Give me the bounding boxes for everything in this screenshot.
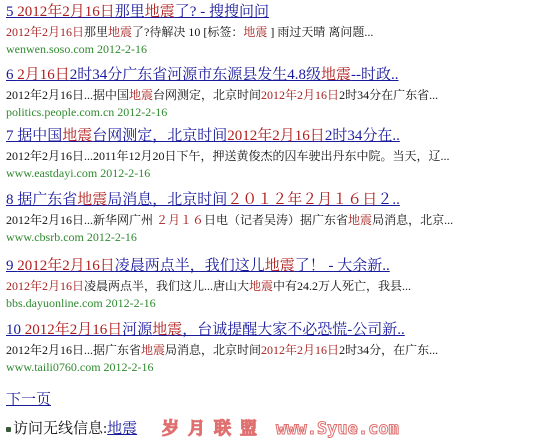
title-text: 9 bbox=[6, 258, 17, 274]
title-text: 凌晨两点半，我们这儿 bbox=[115, 258, 265, 274]
snippet-text: 凌晨两点半，我们这儿...唐山大 bbox=[84, 279, 249, 293]
snippet-text: 2时34分在广东省... bbox=[339, 88, 438, 102]
keyword-highlight: ２月１６ bbox=[156, 213, 204, 227]
keyword-highlight: 地震 bbox=[62, 128, 92, 144]
result-url: bbs.dayuonline.com 2012-2-16 bbox=[6, 295, 551, 311]
keyword-highlight: ２０１２年２月１６日 bbox=[227, 192, 377, 208]
keyword-highlight: 地震 bbox=[77, 192, 107, 208]
result-title-link[interactable]: 5 2012年2月16日那里地震了? - 搜搜问问 bbox=[6, 2, 551, 22]
snippet-text: 2012年2月16日...据广东省 bbox=[6, 343, 141, 357]
title-text: 5 bbox=[6, 4, 17, 20]
snippet-text: 2012年2月16日...新华网广州 bbox=[6, 213, 156, 227]
keyword-highlight: 地震 bbox=[145, 4, 175, 20]
result-snippet: 2012年2月16日那里地震了?待解决 10 [标签：地震 ] 雨过天晴 离问题… bbox=[6, 24, 551, 40]
result-item: 7 据中国地震台网测定，北京时间2012年2月16日2时34分在..2012年2… bbox=[6, 126, 551, 181]
result-item: 5 2012年2月16日那里地震了? - 搜搜问问2012年2月16日那里地震了… bbox=[6, 2, 551, 57]
title-text: 那里 bbox=[115, 4, 145, 20]
snippet-text: 2012年2月16日...据中国 bbox=[6, 88, 129, 102]
keyword-highlight: 2012年2月16日 bbox=[6, 279, 84, 293]
result-snippet: 2012年2月16日...据中国地震台网测定，北京时间2012年2月16日2时3… bbox=[6, 87, 551, 103]
snippet-text: 日电（记者吴涛）据广东省 bbox=[204, 213, 348, 227]
snippet-text: 局消息，北京... bbox=[372, 213, 453, 227]
watermark-site: www.Syue.com bbox=[276, 419, 399, 439]
watermark: 岁月联盟www.Syue.com bbox=[162, 414, 399, 439]
title-text: 台网测定，北京时间 bbox=[92, 128, 227, 144]
result-snippet: 2012年2月16日...据广东省地震局消息，北京时间2012年2月16日2时3… bbox=[6, 342, 551, 358]
result-url: wenwen.soso.com 2012-2-16 bbox=[6, 41, 551, 57]
title-text: 了? - 搜搜问问 bbox=[175, 4, 269, 20]
footer-line: 访问无线信息:地震 bbox=[6, 417, 137, 438]
result-item: 9 2012年2月16日凌晨两点半，我们这儿地震了！ - 大余新..2012年2… bbox=[6, 256, 551, 311]
result-url: politics.people.com.cn 2012-2-16 bbox=[6, 104, 551, 120]
title-text: --时政.. bbox=[351, 67, 399, 83]
result-url: www.eastdayi.com 2012-2-16 bbox=[6, 165, 551, 181]
keyword-highlight: 2012年2月16日 bbox=[17, 4, 115, 20]
snippet-text: 那里 bbox=[84, 25, 108, 39]
snippet-text: 中有24.2万人死亡，我县... bbox=[273, 279, 411, 293]
keyword-highlight: 2012年2月16日 bbox=[25, 322, 123, 338]
result-snippet: 2012年2月16日凌晨两点半，我们这儿...唐山大地震中有24.2万人死亡，我… bbox=[6, 278, 551, 294]
footer-keyword-link[interactable]: 地震 bbox=[107, 421, 137, 437]
keyword-highlight: 2012年2月16日 bbox=[261, 88, 339, 102]
title-text: 10 bbox=[6, 322, 25, 338]
snippet-text: 台网测定，北京时间 bbox=[153, 88, 261, 102]
snippet-text: ] 雨过天晴 离问题... bbox=[267, 25, 373, 39]
snippet-text: 了?待解决 10 [标签： bbox=[132, 25, 243, 39]
result-snippet: 2012年2月16日...新华网广州 ２月１６日电（记者吴涛）据广东省地震局消息… bbox=[6, 212, 551, 228]
keyword-highlight: 地震 bbox=[348, 213, 372, 227]
footer-prefix: 访问无线信息: bbox=[13, 421, 107, 437]
keyword-highlight: 地震 bbox=[108, 25, 132, 39]
keyword-highlight: 2012年2月16日 bbox=[227, 128, 325, 144]
result-title-link[interactable]: 8 据广东省地震局消息，北京时间２０１２年２月１６日２.. bbox=[6, 190, 551, 210]
title-text: 8 据广东省 bbox=[6, 192, 77, 208]
bullet-icon bbox=[6, 427, 11, 432]
title-text: 河源 bbox=[122, 322, 152, 338]
snippet-text: 2012年2月16日...2011年12月20日下午，押送黄俊杰的囚车驶出丹东中… bbox=[6, 149, 450, 163]
title-text: 2时34分在.. bbox=[325, 128, 400, 144]
keyword-highlight: 地震 bbox=[152, 322, 182, 338]
keyword-highlight: 地震 bbox=[249, 279, 273, 293]
keyword-highlight: 2012年2月16日 bbox=[17, 258, 115, 274]
result-url: www.taili0760.com 2012-2-16 bbox=[6, 359, 551, 375]
snippet-text: 局消息，北京时间 bbox=[165, 343, 261, 357]
title-text: 2时34分广东省河源市东源县发生4.8级 bbox=[70, 67, 321, 83]
result-item: 8 据广东省地震局消息，北京时间２０１２年２月１６日２..2012年2月16日.… bbox=[6, 190, 551, 245]
next-page-link[interactable]: 下一页 bbox=[6, 388, 51, 409]
result-snippet: 2012年2月16日...2011年12月20日下午，押送黄俊杰的囚车驶出丹东中… bbox=[6, 148, 551, 164]
title-text: 7 据中国 bbox=[6, 128, 62, 144]
keyword-highlight: 2012年2月16日 bbox=[6, 25, 84, 39]
keyword-highlight: 地震 bbox=[265, 258, 295, 274]
title-text: 了！ - 大余新.. bbox=[295, 258, 390, 274]
watermark-name: 岁月联盟 bbox=[162, 419, 266, 439]
keyword-highlight: 地震 bbox=[129, 88, 153, 102]
keyword-highlight: 地震 bbox=[321, 67, 351, 83]
result-item: 6 2月16日2时34分广东省河源市东源县发生4.8级地震--时政..2012年… bbox=[6, 65, 551, 120]
snippet-text: 2时34分，在广东... bbox=[339, 343, 438, 357]
title-text: ，台诚提醒大家不必恐慌-公司新.. bbox=[182, 322, 405, 338]
result-title-link[interactable]: 6 2月16日2时34分广东省河源市东源县发生4.8级地震--时政.. bbox=[6, 65, 551, 85]
result-url: www.cbsrb.com 2012-2-16 bbox=[6, 229, 551, 245]
result-item: 10 2012年2月16日河源地震，台诚提醒大家不必恐慌-公司新..2012年2… bbox=[6, 320, 551, 375]
keyword-highlight: 地震 bbox=[141, 343, 165, 357]
result-title-link[interactable]: 10 2012年2月16日河源地震，台诚提醒大家不必恐慌-公司新.. bbox=[6, 320, 551, 340]
result-title-link[interactable]: 9 2012年2月16日凌晨两点半，我们这儿地震了！ - 大余新.. bbox=[6, 256, 551, 276]
title-text: 6 bbox=[6, 67, 17, 83]
title-text: 局消息，北京时间 bbox=[107, 192, 227, 208]
title-text: ２.. bbox=[377, 192, 400, 208]
keyword-highlight: 2月16日 bbox=[17, 67, 70, 83]
keyword-highlight: 2012年2月16日 bbox=[261, 343, 339, 357]
result-title-link[interactable]: 7 据中国地震台网测定，北京时间2012年2月16日2时34分在.. bbox=[6, 126, 551, 146]
keyword-highlight: 地震 bbox=[243, 25, 267, 39]
